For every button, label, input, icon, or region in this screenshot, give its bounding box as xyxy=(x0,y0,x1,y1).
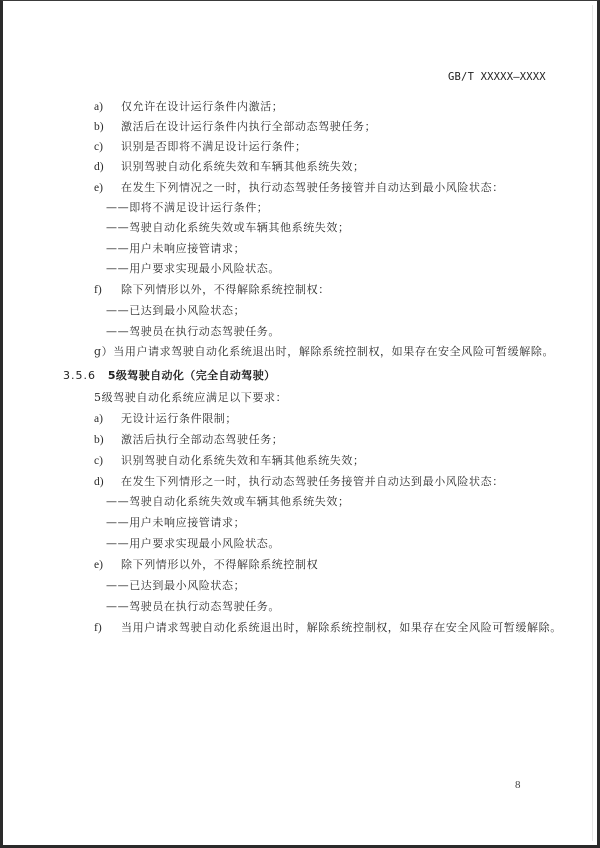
item-label: e) xyxy=(94,556,103,574)
item-label: a) xyxy=(94,98,103,116)
item-label: b) xyxy=(94,118,104,136)
sub-item-text: ——驾驶员在执行动态驾驶任务。 xyxy=(106,323,280,341)
page-number: 8 xyxy=(515,779,521,791)
sub-item-text: ——驾驶员在执行动态驾驶任务。 xyxy=(106,598,280,616)
item-text: 除下列情形以外，不得解除系统控制权： xyxy=(121,281,330,299)
sub-item-text: ——已达到最小风险状态； xyxy=(106,302,245,320)
item-label: f) xyxy=(94,281,102,299)
item-text: 识别驾驶自动化系统失效和车辆其他系统失效； xyxy=(121,452,365,470)
sub-item-text: ——驾驶自动化系统失效或车辆其他系统失效； xyxy=(106,219,350,237)
item-label: f) xyxy=(94,619,102,637)
item-text: 在发生下列情形之一时，执行动态驾驶任务接管并自动达到最小风险状态： xyxy=(121,473,504,491)
item-text: g）当用户请求驾驶自动化系统退出时，解除系统控制权，如果存在安全风险可暂缓解除。 xyxy=(94,343,554,361)
sub-item-text: ——已达到最小风险状态； xyxy=(106,577,245,595)
sub-item-text: ——用户要求实现最小风险状态。 xyxy=(106,535,280,553)
section-number: 3.5.6 xyxy=(63,369,96,382)
item-label: e) xyxy=(94,179,103,197)
item-text: 除下列情形以外，不得解除系统控制权 xyxy=(121,556,318,574)
item-label: d) xyxy=(94,158,104,176)
section-heading: 3.5.6 5级驾驶自动化（完全自动驾驶） xyxy=(63,367,276,385)
item-text: 无设计运行条件限制； xyxy=(121,410,237,428)
item-label: c) xyxy=(94,452,103,470)
item-text: 激活后在设计运行条件内执行全部动态驾驶任务； xyxy=(121,118,376,136)
item-label: b) xyxy=(94,431,104,449)
document-code: GB/T XXXXX—XXXX xyxy=(448,71,546,83)
item-label: c) xyxy=(94,138,103,156)
document-page: GB/T XXXXX—XXXX a) 仅允许在设计运行条件内激活； b) 激活后… xyxy=(0,0,600,848)
item-label: a) xyxy=(94,410,103,428)
item-text: 仅允许在设计运行条件内激活； xyxy=(121,98,283,116)
item-text: 在发生下列情况之一时，执行动态驾驶任务接管并自动达到最小风险状态： xyxy=(121,179,504,197)
sub-item-text: ——用户未响应接管请求； xyxy=(106,514,245,532)
item-label: d) xyxy=(94,473,104,491)
item-text: 当用户请求驾驶自动化系统退出时，解除系统控制权，如果存在安全风险可暂缓解除。 xyxy=(121,619,562,637)
sub-item-text: ——用户未响应接管请求； xyxy=(106,240,245,258)
sub-item-text: ——用户要求实现最小风险状态。 xyxy=(106,260,280,278)
page-edge-shadow xyxy=(592,5,593,841)
sub-item-text: ——驾驶自动化系统失效或车辆其他系统失效； xyxy=(106,493,350,511)
section-title: 5级驾驶自动化（完全自动驾驶） xyxy=(108,369,276,382)
item-text: 识别是否即将不满足设计运行条件； xyxy=(121,138,307,156)
sub-item-text: ——即将不满足设计运行条件； xyxy=(106,199,268,217)
intro-text: 5级驾驶自动化系统应满足以下要求： xyxy=(94,389,287,407)
item-text: 识别驾驶自动化系统失效和车辆其他系统失效； xyxy=(121,158,365,176)
item-text: 激活后执行全部动态驾驶任务； xyxy=(121,431,283,449)
